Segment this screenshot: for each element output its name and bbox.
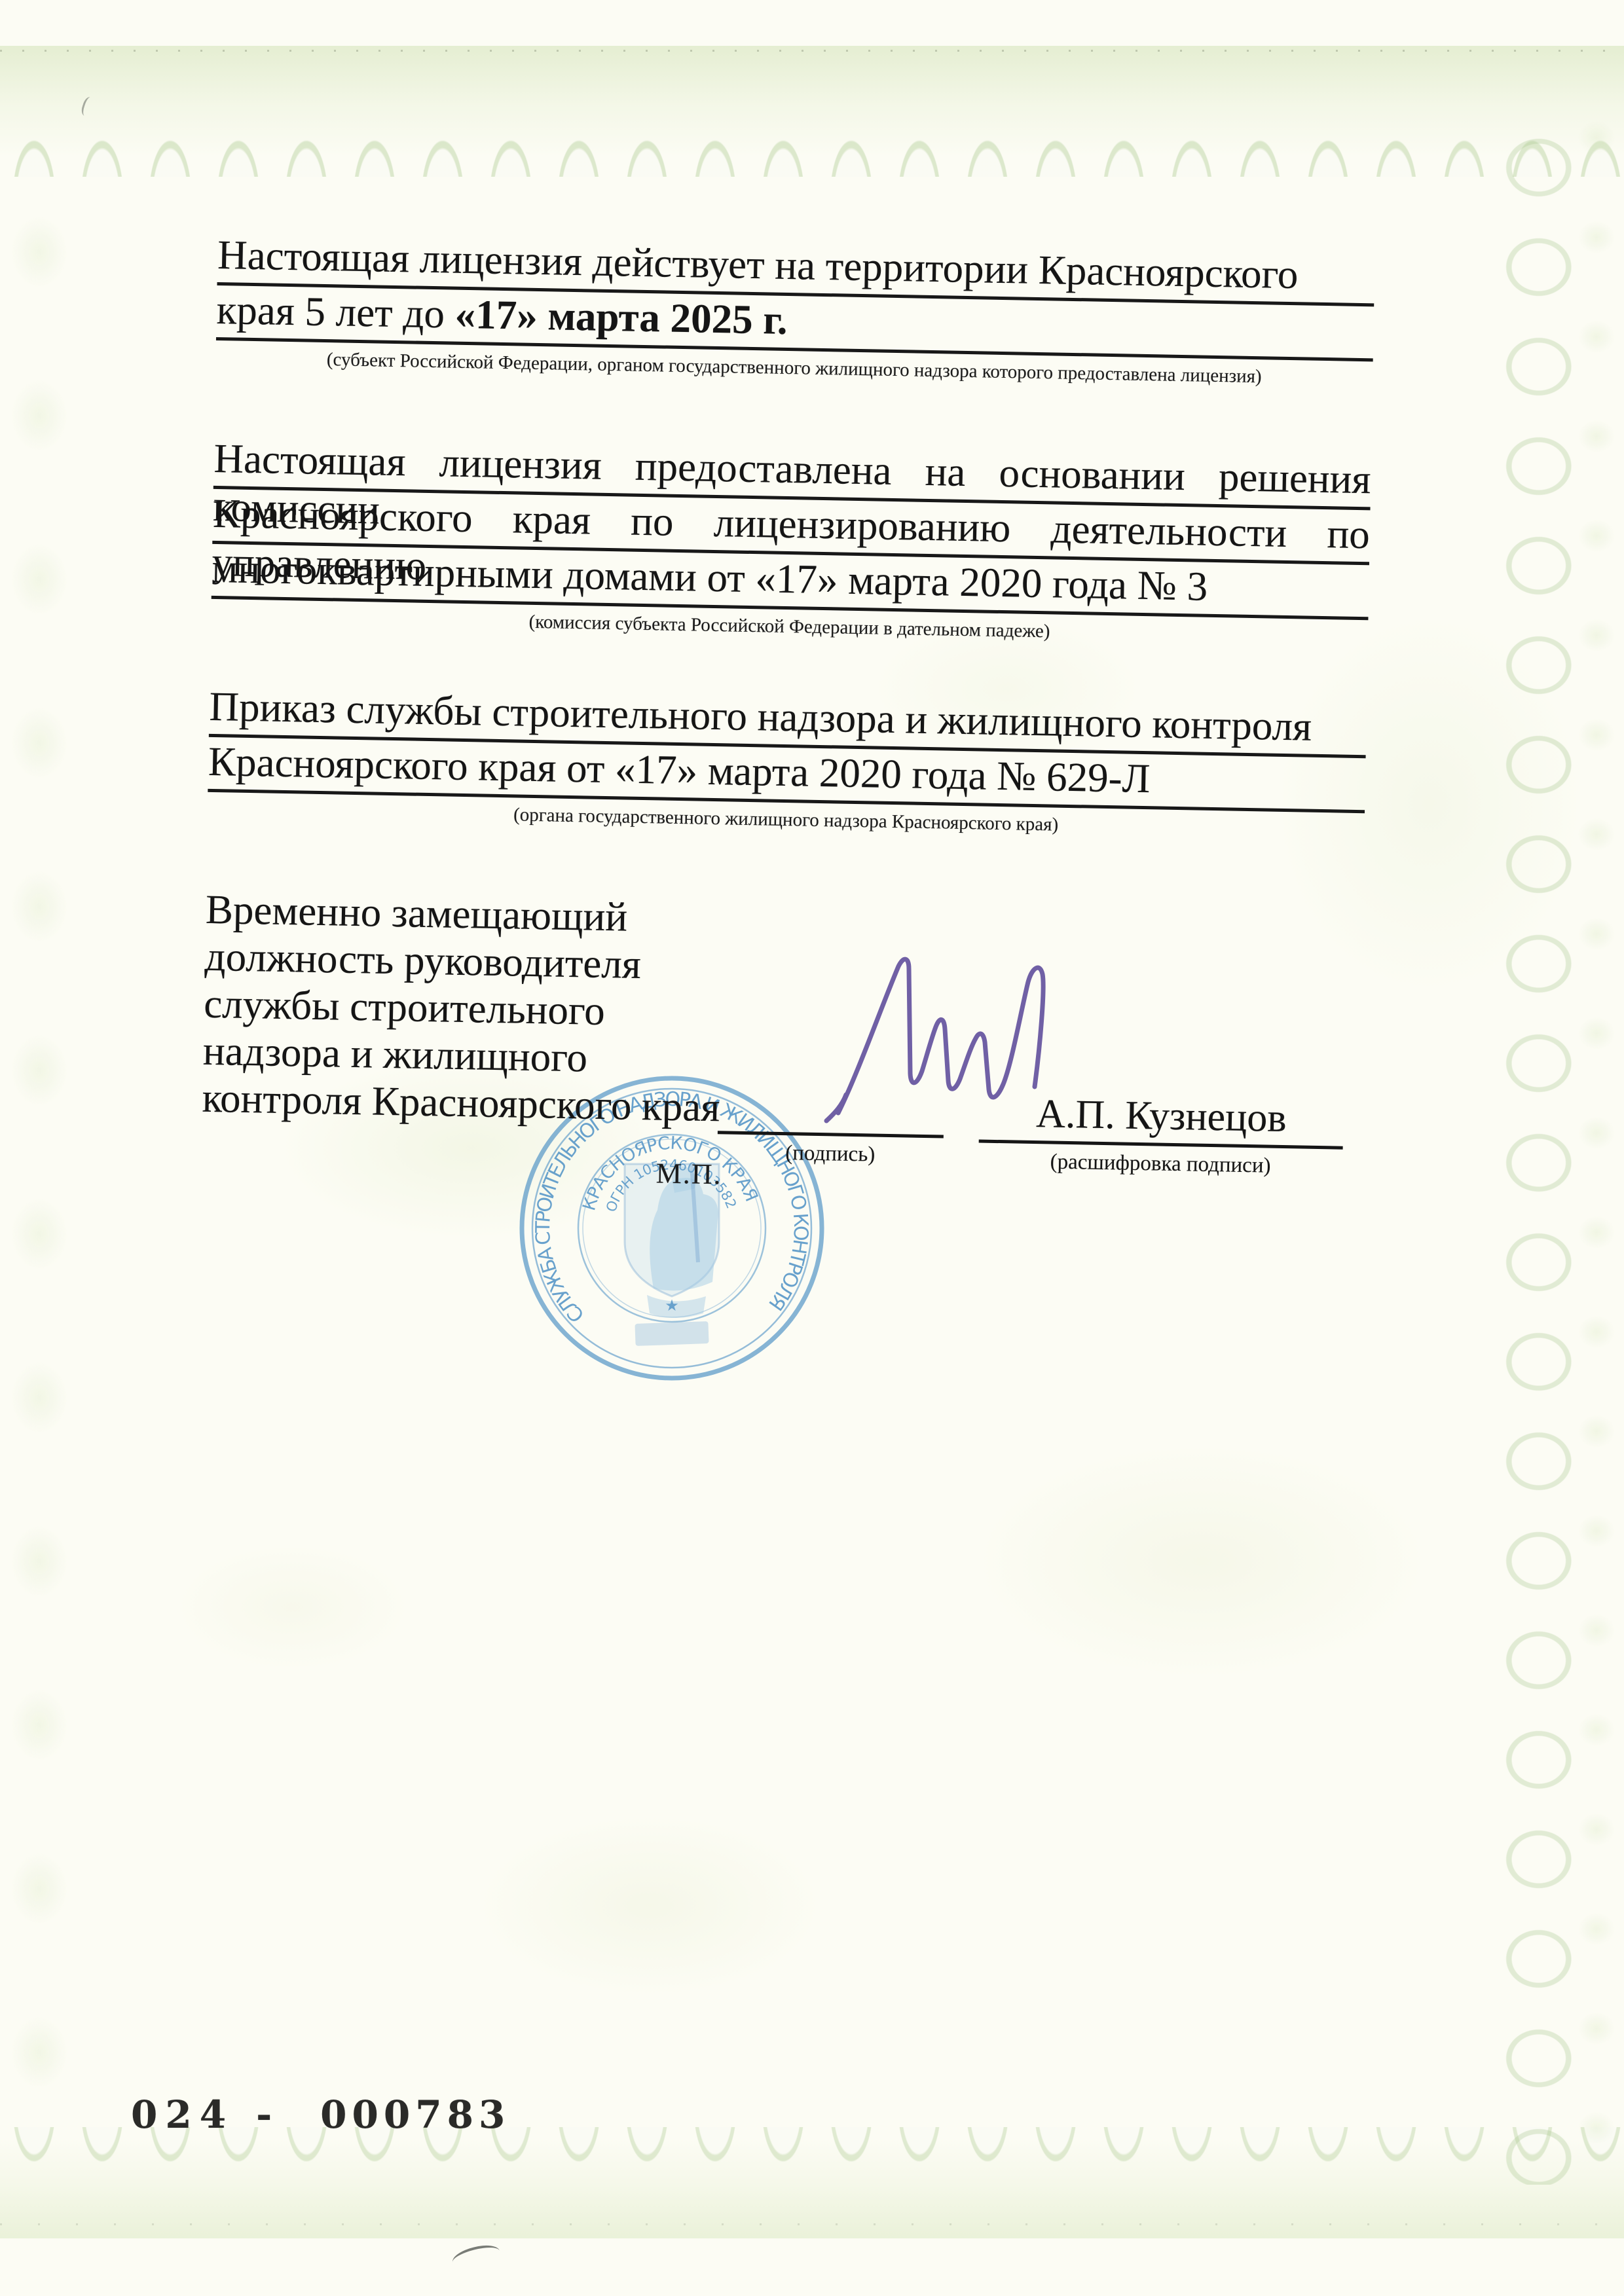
perforation-dots-top bbox=[0, 50, 1624, 52]
scan-artifact-mark bbox=[80, 96, 96, 118]
guilloche-border-top bbox=[0, 46, 1624, 177]
validity-line-2-regular: края 5 лет до bbox=[216, 287, 455, 337]
handwritten-signature bbox=[804, 941, 1053, 1131]
document-content: Настоящая лицензия действует на территор… bbox=[200, 230, 1375, 1214]
validity-section: Настоящая лицензия действует на территор… bbox=[215, 230, 1375, 390]
pen-stray-mark bbox=[450, 2241, 502, 2272]
seal-placeholder: М.П. bbox=[655, 1157, 722, 1192]
guilloche-border-bottom bbox=[0, 2127, 1624, 2238]
serial-separator: - bbox=[256, 2092, 272, 2137]
guilloche-border-right bbox=[1486, 118, 1624, 2185]
basis-section: Настоящая лицензия предоставлена на осно… bbox=[211, 434, 1371, 648]
serial-digits: 000783 bbox=[320, 2092, 510, 2137]
validity-line-1-text: Настоящая лицензия действует на территор… bbox=[217, 232, 1299, 297]
perforation-dots-bottom bbox=[0, 2223, 1624, 2225]
signature-section: Временно замещающий должность руководите… bbox=[200, 886, 1363, 1214]
signature-caption: (подпись) bbox=[717, 1140, 944, 1168]
serial-prefix: 024 bbox=[131, 2092, 234, 2137]
license-back-page: СЛУЖБА СТРОИТЕЛЬНОГО НАДЗОРА И ЖИЛИЩНОГО… bbox=[0, 0, 1624, 2296]
guilloche-border-left bbox=[0, 170, 98, 2152]
stamp-star-icon: ★ bbox=[665, 1296, 679, 1315]
order-section: Приказ службы строительного надзора и жи… bbox=[207, 682, 1367, 841]
stamp-smudge bbox=[635, 1321, 709, 1346]
signer-name-caption: (расшифровка подписи) bbox=[978, 1149, 1343, 1180]
validity-line-2-bold: «17» марта 2025 г. bbox=[454, 291, 788, 343]
form-serial-number: 024-000783 bbox=[131, 2092, 510, 2137]
